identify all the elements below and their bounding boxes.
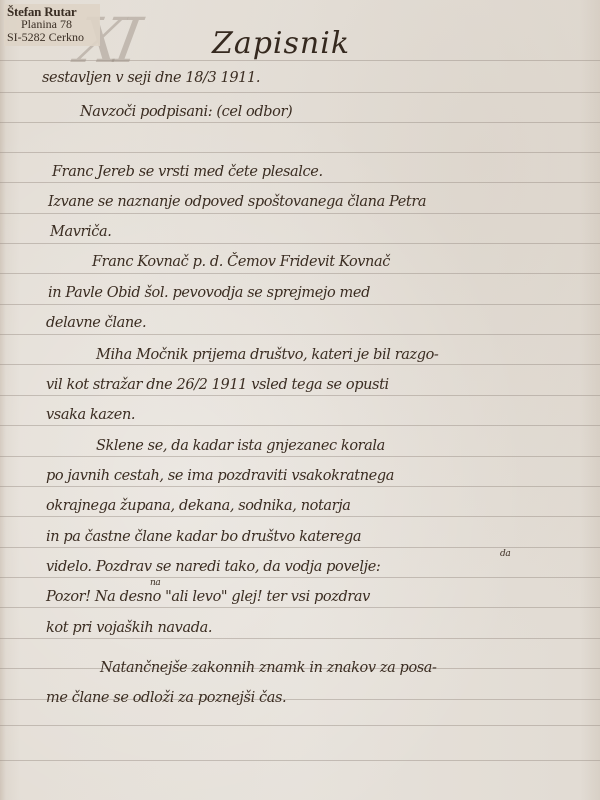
minutes-line: kot pri vojaških navada. bbox=[46, 620, 212, 636]
ruled-line bbox=[0, 92, 600, 93]
ruled-line bbox=[0, 456, 600, 457]
minutes-line: Miha Močnik prijema društvo, kateri je b… bbox=[96, 347, 438, 363]
minutes-line: Sklene se, da kadar ista gnjezanec koral… bbox=[96, 438, 385, 454]
minutes-line: vil kot stražar dne 26/2 1911 vsled tega… bbox=[46, 377, 389, 393]
minutes-line: me člane se odloži za poznejši čas. bbox=[46, 690, 286, 706]
ruled-line bbox=[0, 304, 600, 305]
minutes-line: Pozor! Na desno "ali levo" glej! ter vsi… bbox=[46, 589, 370, 605]
minutes-line: in Pavle Obid šol. pevovodja se sprejmej… bbox=[48, 285, 370, 301]
interlinear-note: da bbox=[500, 549, 510, 559]
document-page bbox=[0, 0, 600, 800]
ruled-line bbox=[0, 334, 600, 335]
minutes-line: Franc Kovnač p. d. Čemov Fridevit Kovnač bbox=[92, 254, 390, 270]
ruled-line bbox=[0, 725, 600, 726]
ruled-line bbox=[0, 638, 600, 639]
interlinear-note: na bbox=[150, 578, 160, 588]
minutes-line: Mavriča. bbox=[50, 224, 111, 240]
minutes-line: Natančnejše zakonnih znamk in znakov za … bbox=[100, 660, 437, 676]
ruled-line bbox=[0, 364, 600, 365]
archive-stamp: Štefan Rutar Planina 78 SI-5282 Cerkno bbox=[4, 4, 100, 46]
minutes-line: videlo. Pozdrav se naredi tako, da vodja… bbox=[46, 559, 380, 575]
ruled-line bbox=[0, 547, 600, 548]
attendees-line: Navzoči podpisani: (cel odbor) bbox=[80, 104, 292, 120]
ruled-line bbox=[0, 607, 600, 608]
minutes-line: in pa častne člane kadar bo društvo kate… bbox=[46, 529, 361, 545]
ruled-line bbox=[0, 395, 600, 396]
ruled-line bbox=[0, 425, 600, 426]
ruled-line bbox=[0, 577, 600, 578]
minutes-line: Izvane se naznanje odpoved spoštovanega … bbox=[48, 194, 426, 210]
minutes-line: delavne člane. bbox=[46, 315, 146, 331]
ruled-line bbox=[0, 152, 600, 153]
ruled-line bbox=[0, 760, 600, 761]
ruled-line bbox=[0, 213, 600, 214]
ruled-line bbox=[0, 486, 600, 487]
ruled-line bbox=[0, 273, 600, 274]
ruled-line bbox=[0, 516, 600, 517]
minutes-line: Franc Jereb se vrsti med čete plesalce. bbox=[52, 164, 323, 180]
ruled-line bbox=[0, 182, 600, 183]
ruled-line bbox=[0, 122, 600, 123]
ruled-line bbox=[0, 243, 600, 244]
minutes-line: po javnih cestah, se ima pozdraviti vsak… bbox=[46, 468, 394, 484]
document-title: Zapisnik bbox=[212, 26, 350, 61]
session-date-line: sestavljen v seji dne 18/3 1911. bbox=[42, 70, 260, 86]
minutes-line: vsaka kazen. bbox=[46, 407, 135, 423]
stamp-postcode: SI-5282 Cerkno bbox=[7, 31, 97, 44]
minutes-line: okrajnega župana, dekana, sodnika, notar… bbox=[46, 498, 351, 514]
